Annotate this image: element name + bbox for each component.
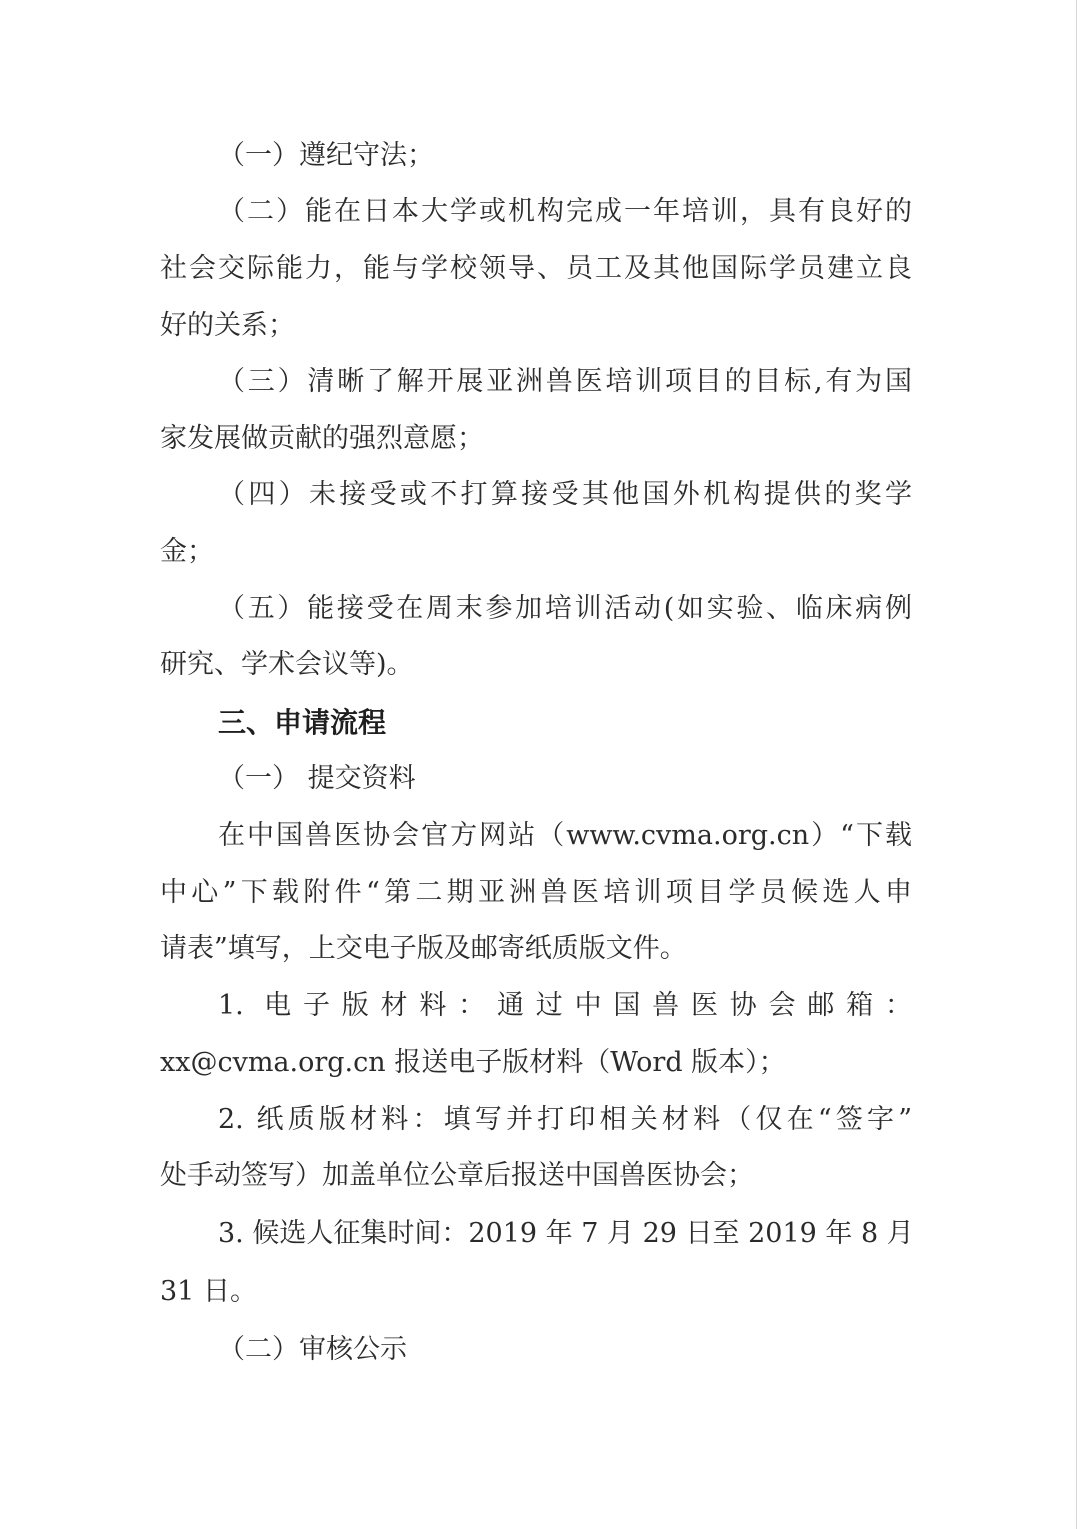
step-2-line-2: 处手动签写）加盖单位公章后报送中国兽医协会；: [160, 1156, 912, 1196]
requirement-item-3-line-2: 家发展做贡献的强烈意愿；: [160, 419, 912, 459]
document-page: （一）遵纪守法； （二）能在日本大学或机构完成一年培训，具有良好的 社会交际能力…: [0, 0, 1080, 1529]
step-1-line-1: 1. 电子版材料：通过中国兽医协会邮箱：: [218, 986, 912, 1026]
requirement-item-2-line-2: 社会交际能力，能与学校领导、员工及其他国际学员建立良: [160, 249, 912, 289]
subsection-title-submit-materials: （一） 提交资料: [218, 759, 912, 799]
requirement-item-4-line-2: 金；: [160, 532, 912, 572]
requirement-item-4-line-1: （四）未接受或不打算接受其他国外机构提供的奖学: [218, 475, 912, 515]
requirement-item-1-line-1: （一）遵纪守法；: [218, 136, 912, 176]
intro-line-3: 请表”填写，上交电子版及邮寄纸质版文件。: [160, 929, 912, 969]
subsection-title-review-publicity: （二）审核公示: [218, 1330, 912, 1370]
step-1-line-2: xx@cvma.org.cn 报送电子版材料（Word 版本）；: [160, 1043, 912, 1083]
intro-line-2: 中心”下载附件“第二期亚洲兽医培训项目学员候选人申: [160, 873, 912, 913]
requirement-item-5-line-1: （五）能接受在周末参加培训活动(如实验、临床病例: [218, 589, 912, 629]
requirement-item-5-line-2: 研究、学术会议等)。: [160, 645, 912, 685]
scan-edge-line: [1076, 0, 1077, 1529]
step-3-line-2: 31 日。: [160, 1272, 912, 1312]
section-heading-application-process: 三、申请流程: [218, 703, 912, 743]
requirement-item-3-line-1: （三）清晰了解开展亚洲兽医培训项目的目标,有为国: [218, 362, 912, 402]
requirement-item-2-line-3: 好的关系；: [160, 306, 912, 346]
step-2-line-1: 2. 纸质版材料：填写并打印相关材料（仅在“签字”: [218, 1100, 912, 1140]
intro-line-1: 在中国兽医协会官方网站（www.cvma.org.cn）“下载: [218, 816, 912, 856]
step-3-line-1: 3. 候选人征集时间：2019 年 7 月 29 日至 2019 年 8 月: [218, 1214, 912, 1254]
requirement-item-2-line-1: （二）能在日本大学或机构完成一年培训，具有良好的: [218, 192, 912, 232]
